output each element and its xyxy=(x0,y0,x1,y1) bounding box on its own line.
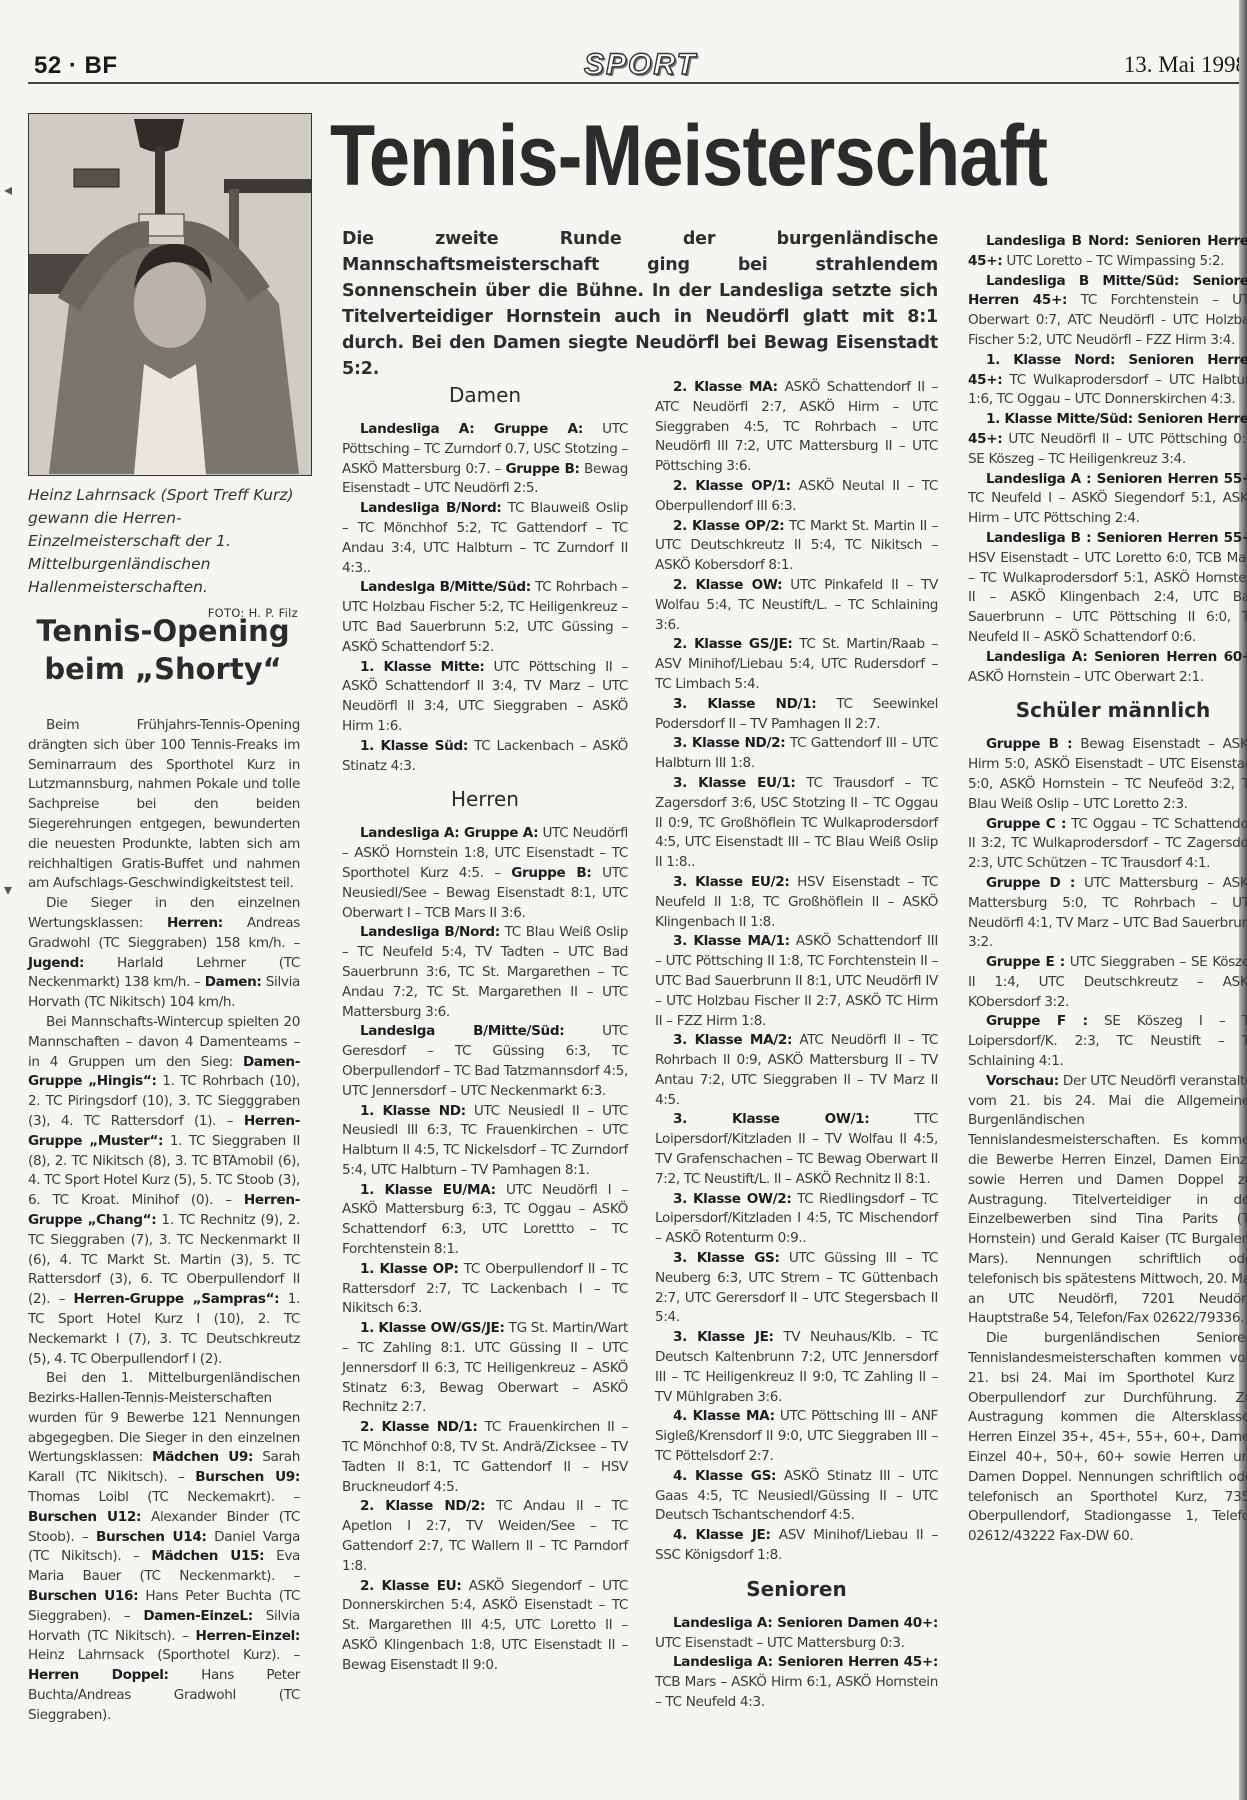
result-entry: 3. Klasse MA/1: ASKÖ Schattendorf III – … xyxy=(655,932,938,1031)
section-heading: Herren xyxy=(342,786,628,812)
bold-label: Gruppe F : xyxy=(986,1013,1088,1029)
result-entry: 2. Klasse EU: ASKÖ Siegendorf – UTC Donn… xyxy=(342,1577,628,1676)
body-text: ASKÖ Hornstein – UTC Oberwart 2:1. xyxy=(968,669,1204,685)
bold-label: Gruppe B: xyxy=(511,865,591,881)
bold-label: Landesliga A: Senioren Damen 40+: xyxy=(673,1615,938,1631)
bold-label: Burschen U14: xyxy=(96,1529,207,1545)
preview-paragraph: Vorschau: Der UTC Neudörfl veranstaltet … xyxy=(968,1072,1247,1329)
article-paragraph: Bei Mannschafts-Wintercup spielten 20 Ma… xyxy=(28,1013,300,1369)
result-entry: 3. Klasse ND/1: TC Seewinkel Podersdorf … xyxy=(655,695,938,735)
bold-label: Jugend: xyxy=(28,955,84,971)
bold-label: 3. Klasse ND/2: xyxy=(673,735,785,751)
result-entry: 1. Klasse Nord: Senioren Herren 45+: TC … xyxy=(968,351,1247,410)
result-entry: 3. Klasse EU/2: HSV Eisenstadt – TC Neuf… xyxy=(655,873,938,932)
bold-label: 2. Klasse GS/JE: xyxy=(673,636,793,652)
result-entry: Landeslga B/Mitte/Süd: UTC Geresdorf – T… xyxy=(342,1022,628,1101)
bold-label: Landesliga B : Senioren Herren 55+: xyxy=(986,530,1247,546)
bold-label: Burschen U16: xyxy=(28,1588,138,1604)
result-entry: Landesliga A: Senioren Herren 60+: ASKÖ … xyxy=(968,648,1247,688)
bold-label: 1. Klasse OP: xyxy=(360,1261,459,1277)
bold-label: Gruppe B : xyxy=(986,736,1072,752)
bold-label: 2. Klasse ND/2: xyxy=(360,1498,485,1514)
preview-paragraph: Die burgenländischen Senioren-Tennisland… xyxy=(968,1329,1247,1547)
sidebar-headline: Tennis-Opening beim „Shorty“ xyxy=(28,612,298,688)
body-text: HSV Eisenstadt – UTC Loretto 6:0, TCB Ma… xyxy=(968,550,1247,645)
result-entry: Landesliga B : Senioren Herren 55+: HSV … xyxy=(968,529,1247,648)
result-entry: 2. Klasse ND/1: TC Frauenkirchen II – TC… xyxy=(342,1418,628,1497)
section-heading: Damen xyxy=(342,382,628,408)
result-entry: 3. Klasse ND/2: TC Gattendorf III – UTC … xyxy=(655,734,938,774)
bold-label: 3. Klasse EU/2: xyxy=(673,874,789,890)
bold-label: 1. Klasse OW/GS/JE: xyxy=(360,1320,505,1336)
result-entry: Gruppe E : UTC Sieggraben – SE Köszeg II… xyxy=(968,953,1247,1012)
photo-caption: Heinz Lahrnsack (Sport Treff Kurz) gewan… xyxy=(28,484,298,625)
result-entry: 2. Klasse ND/2: TC Andau II – TC Apetlon… xyxy=(342,1497,628,1576)
bold-label: Burschen U9: xyxy=(195,1469,300,1485)
bold-label: 1. Klasse Mitte: xyxy=(360,659,484,675)
result-entry: Landesliga A: Senioren Herren 45+: TCB M… xyxy=(655,1653,938,1712)
result-entry: 2. Klasse OW: UTC Pinkafeld II – TV Wolf… xyxy=(655,576,938,635)
bold-label: Landeslga B/Mitte/Süd: xyxy=(360,579,531,595)
bold-label: 4. Klasse JE: xyxy=(673,1527,771,1543)
bold-label: Burschen U12: xyxy=(28,1509,141,1525)
bold-label: 3. Klasse OW/1: xyxy=(673,1111,869,1127)
result-entry: 4. Klasse JE: ASV Minihof/Liebau II – SS… xyxy=(655,1526,938,1566)
result-entry: 4. Klasse MA: UTC Pöttsching III – ANF S… xyxy=(655,1407,938,1466)
bold-label: 3. Klasse GS: xyxy=(673,1250,780,1266)
page-number: 52 · BF xyxy=(34,52,118,80)
bold-label: 2. Klasse OW: xyxy=(673,577,782,593)
result-entry: Landesliga A : Senioren Herren 55+: TC N… xyxy=(968,470,1247,529)
result-entry: 2. Klasse OP/2: TC Markt St. Martin II –… xyxy=(655,517,938,576)
bold-label: Landesliga A: Senioren Herren 60+: xyxy=(986,649,1247,665)
bold-label: Herren-Einzel: xyxy=(196,1628,301,1644)
bold-label: 1. Klasse EU/MA: xyxy=(360,1182,496,1198)
body-text: UTC Neudörfl II – UTC Pöttsching 0:7, SE… xyxy=(968,431,1247,467)
result-entry: Gruppe F : SE Köszeg I – TC Loipersdorf/… xyxy=(968,1012,1247,1071)
result-entry: 3. Klasse EU/1: TC Trausdorf – TC Zagers… xyxy=(655,774,938,873)
bold-label: Gruppe D : xyxy=(986,875,1075,891)
bold-label: 2. Klasse OP/2: xyxy=(673,518,784,534)
result-entry: 4. Klasse GS: ASKÖ Stinatz III – UTC Gaa… xyxy=(655,1467,938,1526)
bold-label: Vorschau: xyxy=(986,1073,1059,1089)
result-entry: 1. Klasse ND: UTC Neusiedl II – UTC Neus… xyxy=(342,1102,628,1181)
person-with-trophy-icon xyxy=(29,114,311,475)
bold-label: 3. Klasse EU/1: xyxy=(673,775,796,791)
margin-arrow-icon: ◂ xyxy=(4,180,12,199)
bold-label: Gruppe C : xyxy=(986,816,1066,832)
result-entry: 3. Klasse MA/2: ATC Neudörfl II – TC Roh… xyxy=(655,1031,938,1110)
caption-text: Heinz Lahrnsack (Sport Treff Kurz) gewan… xyxy=(28,486,294,596)
result-entry: 1. Klasse OW/GS/JE: TG St. Martin/Wart –… xyxy=(342,1319,628,1418)
article-paragraph: Die Sieger in den einzelnen Wertungsklas… xyxy=(28,894,300,1013)
bold-label: Herren-Gruppe „Sampras“: xyxy=(74,1291,280,1307)
bold-label: Landesliga A : Senioren Herren 55+: xyxy=(986,471,1247,487)
bold-label: Landesliga A: Senioren Herren 45+: xyxy=(673,1654,938,1670)
result-entry: Landesliga B/Nord: TC Blau Weiß Oslip – … xyxy=(342,923,628,1022)
result-entry: 1. Klasse Mitte/Süd: Senioren Herren 45+… xyxy=(968,410,1247,469)
bold-label: 4. Klasse MA: xyxy=(673,1408,775,1424)
bold-label: Gruppe B: xyxy=(505,461,579,477)
result-entry: Landesliga A: Gruppe A: UTC Pöttsching –… xyxy=(342,420,628,499)
body-text: Der UTC Neudörfl veranstaltet vom 21. bi… xyxy=(968,1073,1247,1327)
result-entry: Landesliga B Nord: Senioren Herren 45+: … xyxy=(968,232,1247,272)
result-entry: 2. Klasse OP/1: ASKÖ Neutal II – TC Ober… xyxy=(655,477,938,517)
bold-label: Gruppe E : xyxy=(986,954,1065,970)
bold-label: Damen: xyxy=(205,974,262,990)
results-column-2: 2. Klasse MA: ASKÖ Schattendorf II – ATC… xyxy=(655,378,938,1713)
result-entry: 2. Klasse GS/JE: TC St. Martin/Raab – AS… xyxy=(655,635,938,694)
header-rule xyxy=(28,82,1247,84)
bold-label: 3. Klasse MA/2: xyxy=(673,1032,792,1048)
result-entry: Landesliga A: Gruppe A: UTC Neudörfl – A… xyxy=(342,824,628,923)
section-label: SPORT xyxy=(584,48,697,82)
result-entry: 1. Klasse OP: TC Oberpullendorf II – TC … xyxy=(342,1260,628,1319)
bold-label: Mädchen U15: xyxy=(151,1548,264,1564)
results-column-1: DamenLandesliga A: Gruppe A: UTC Pöttsch… xyxy=(342,372,628,1676)
section-heading: Senioren xyxy=(655,1576,938,1602)
result-entry: 1. Klasse EU/MA: UTC Neudörfl I – ASKÖ M… xyxy=(342,1181,628,1260)
body-text: UTC Loretto – TC Wimpassing 5:2. xyxy=(1002,253,1224,269)
bold-label: 3. Klasse MA/1: xyxy=(673,933,790,949)
result-entry: Gruppe D : UTC Mattersburg – ASKÖ Matter… xyxy=(968,874,1247,953)
result-entry: Gruppe B : Bewag Eisenstadt – ASKÖ Hirm … xyxy=(968,735,1247,814)
bold-label: Landesliga B/Nord: xyxy=(360,500,501,516)
page-headline: Tennis-Meisterschaft xyxy=(330,108,1138,204)
result-entry: Landesliga B/Nord: TC Blauweiß Oslip – T… xyxy=(342,499,628,578)
body-text: TCB Mars – ASKÖ Hirm 6:1, ASKÖ Hornstein… xyxy=(655,1674,938,1710)
results-column-3: Landesliga B Nord: Senioren Herren 45+: … xyxy=(968,232,1247,1547)
bold-label: Landesliga A: Gruppe A: xyxy=(360,421,583,437)
body-text: TC Wulkaprodersdorf – UTC Halbturn 1:6, … xyxy=(968,372,1247,408)
issue-date: 13. Mai 1998 xyxy=(1124,52,1247,78)
body-text: Die burgenländischen Senioren-Tennisland… xyxy=(968,1330,1247,1544)
bold-label: 1. Klasse ND: xyxy=(360,1103,466,1119)
body-text: UTC Eisenstadt – UTC Mattersburg 0:3. xyxy=(655,1635,905,1651)
body-text: Thomas Loibl (TC Neckemakrt). – xyxy=(28,1489,300,1505)
bold-label: 2. Klasse OP/1: xyxy=(673,478,791,494)
body-text: Beim Frühjahrs-Tennis-Opening drängten s… xyxy=(28,717,300,891)
margin-arrow-icon: ▾ xyxy=(4,880,12,899)
bold-label: 2. Klasse ND/1: xyxy=(360,1419,478,1435)
body-text: TC Neufeld I – ASKÖ Siegendorf 5:1, ASKÖ… xyxy=(968,490,1247,526)
result-entry: Gruppe C : TC Oggau – TC Schattendorf II… xyxy=(968,815,1247,874)
bold-label: Landesliga A: Gruppe A: xyxy=(360,825,538,841)
body-text: Heinz Lahrnsack (Sporthotel Kurz). – xyxy=(28,1647,300,1663)
result-entry: 2. Klasse MA: ASKÖ Schattendorf II – ATC… xyxy=(655,378,938,477)
result-entry: 1. Klasse Süd: TC Lackenbach – ASKÖ Stin… xyxy=(342,737,628,777)
article-paragraph: Bei den 1. Mittelburgenländischen Bezirk… xyxy=(28,1369,300,1725)
bold-label: Herren Doppel: xyxy=(28,1667,169,1683)
bold-label: Herren: xyxy=(167,915,223,931)
bold-label: 3. Klasse JE: xyxy=(673,1329,774,1345)
bold-label: 3. Klasse ND/1: xyxy=(673,696,816,712)
bold-label: Landeslga B/Mitte/Süd: xyxy=(360,1023,564,1039)
result-entry: Landeslga B/Mitte/Süd: TC Rohrbach – UTC… xyxy=(342,578,628,657)
result-entry: 1. Klasse Mitte: UTC Pöttsching II – ASK… xyxy=(342,658,628,737)
result-entry: 3. Klasse OW/2: TC Riedlingsdorf – TC Lo… xyxy=(655,1190,938,1249)
result-entry: Landesliga B Mitte/Süd: Senioren Herren … xyxy=(968,272,1247,351)
result-entry: Landesliga A: Senioren Damen 40+: UTC Ei… xyxy=(655,1614,938,1654)
section-heading: Schüler männlich xyxy=(968,697,1247,723)
bold-label: Damen-EinzeL: xyxy=(143,1608,252,1624)
result-entry: 3. Klasse OW/1: TTC Loipersdorf/Kitzlade… xyxy=(655,1110,938,1189)
bold-label: 1. Klasse Süd: xyxy=(360,738,468,754)
masthead: 52 · BF SPORT 13. Mai 1998 xyxy=(34,48,1247,82)
sidebar-article-body: Beim Frühjahrs-Tennis-Opening drängten s… xyxy=(28,716,300,1726)
result-entry: 3. Klasse JE: TV Neuhaus/Klb. – TC Deuts… xyxy=(655,1328,938,1407)
bold-label: Landesliga B/Nord: xyxy=(360,924,500,940)
lead-paragraph: Die zweite Runde der burgenländische Man… xyxy=(342,226,938,382)
photo-trophy-winner xyxy=(28,113,312,476)
bold-label: Mädchen U9: xyxy=(152,1449,253,1465)
bold-label: 3. Klasse OW/2: xyxy=(673,1191,791,1207)
bold-label: 2. Klasse EU: xyxy=(360,1578,461,1594)
bold-label: 4. Klasse GS: xyxy=(673,1468,776,1484)
article-paragraph: Beim Frühjahrs-Tennis-Opening drängten s… xyxy=(28,716,300,894)
result-entry: 3. Klasse GS: UTC Güssing III – TC Neube… xyxy=(655,1249,938,1328)
bold-label: 2. Klasse MA: xyxy=(673,379,778,395)
